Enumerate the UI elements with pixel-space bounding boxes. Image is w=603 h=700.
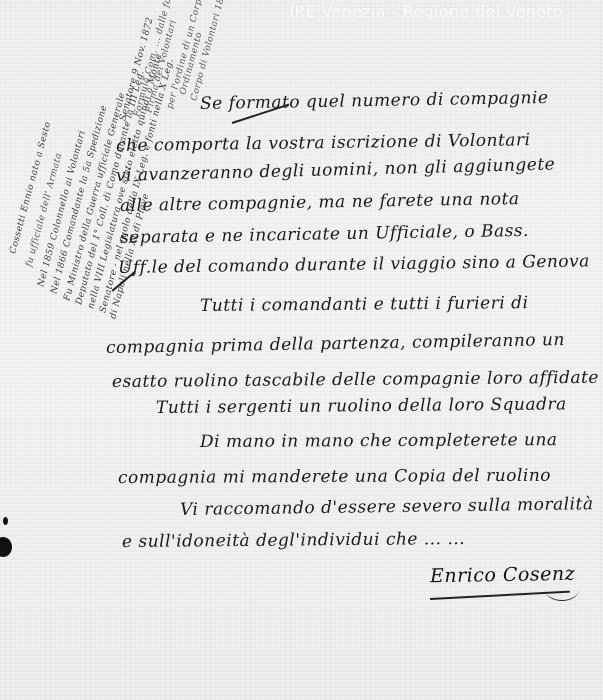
letter-line: Di mano in mano che completerete una xyxy=(200,430,558,452)
letter-line: che comporta la vostra iscrizione di Vol… xyxy=(116,130,531,156)
ink-blot xyxy=(3,517,8,525)
letter-line: compagnia prima della partenza, compiler… xyxy=(106,330,565,358)
letter-line: e sull'idoneità degl'individui che ... .… xyxy=(122,529,465,552)
letter-line: separata e ne incaricate un Ufficiale, o… xyxy=(120,221,529,248)
letter-line: alle altre compagnie, ma ne farete una n… xyxy=(120,189,520,216)
letter-line: esatto ruolino tascabile delle compagnie… xyxy=(112,368,599,392)
watermark: IRE Venezia - Regione del Veneto xyxy=(289,2,563,21)
signature-flourish xyxy=(545,578,579,601)
letter-line: Tutti i comandanti e tutti i furieri di xyxy=(200,293,529,316)
document-scan: IRE Venezia - Regione del Veneto Cossett… xyxy=(0,0,603,700)
ink-blot xyxy=(0,537,12,557)
letter-line: Uff.le del comando durante il viaggio si… xyxy=(118,251,590,278)
letter-line: Vi raccomando d'essere severo sulla mora… xyxy=(180,494,594,520)
letter-line: compagnia mi manderete una Copia del ruo… xyxy=(118,466,551,488)
letter-line: vi avanzeranno degli uomini, non gli agg… xyxy=(116,155,556,186)
letter-line: Tutti i sergenti un ruolino della loro S… xyxy=(156,394,567,418)
letter-line: Se formato quel numero di compagnie xyxy=(200,88,549,114)
